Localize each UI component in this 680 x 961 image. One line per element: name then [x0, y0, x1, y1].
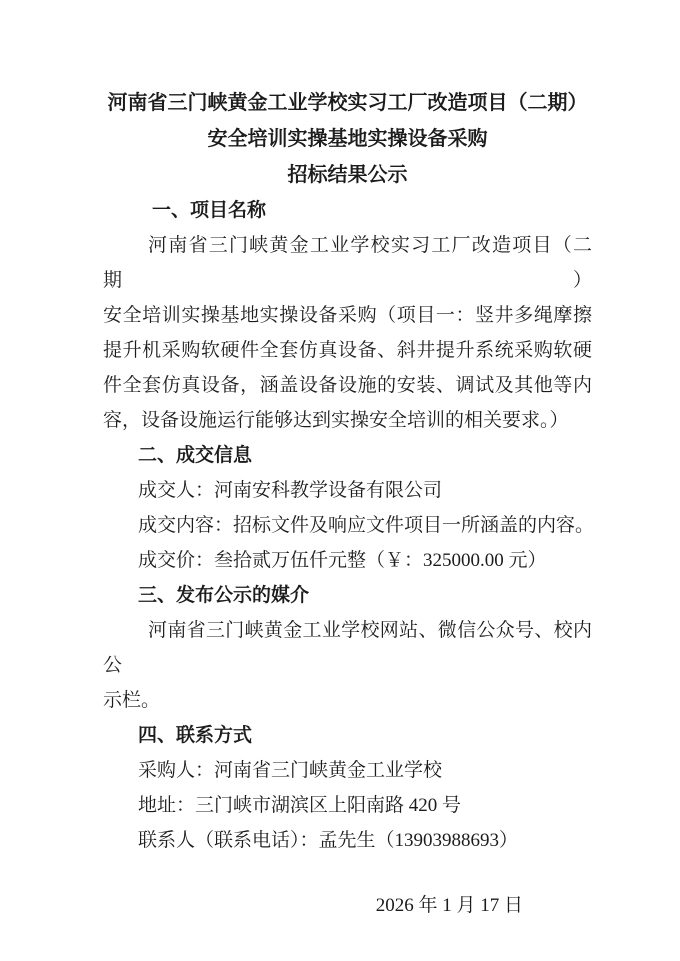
- document-title: 河南省三门峡黄金工业学校实习工厂改造项目（二期） 安全培训实操基地实操设备采购 …: [103, 85, 592, 193]
- purchaser-line: 采购人：河南省三门峡黄金工业学校: [103, 753, 592, 788]
- section-3-heading: 三、发布公示的媒介: [103, 578, 592, 613]
- publish-date: 2026 年 1 月 17 日: [103, 888, 592, 923]
- publicity-media-paragraph: 河南省三门峡黄金工业学校网站、微信公众号、校内公 示栏。: [103, 613, 592, 718]
- section-1-heading: 一、项目名称: [103, 193, 592, 228]
- section-publicity-media: 三、发布公示的媒介 河南省三门峡黄金工业学校网站、微信公众号、校内公 示栏。: [103, 578, 592, 718]
- deal-content-line: 成交内容：招标文件及响应文件项目一所涵盖的内容。: [103, 508, 592, 543]
- section-deal-info: 二、成交信息 成交人：河南安科教学设备有限公司 成交内容：招标文件及响应文件项目…: [103, 438, 592, 578]
- section-4-heading: 四、联系方式: [103, 718, 592, 753]
- section-project-name: 一、项目名称 河南省三门峡黄金工业学校实习工厂改造项目（二期） 安全培训实操基地…: [103, 193, 592, 438]
- paragraph-line: 河南省三门峡黄金工业学校实习工厂改造项目（二期）: [103, 228, 592, 298]
- paragraph-line: 示栏。: [103, 683, 592, 718]
- paragraph-line: 安全培训实操基地实操设备采购（项目一：竖井多绳摩擦: [103, 298, 592, 333]
- address-line: 地址：三门峡市湖滨区上阳南路 420 号: [103, 788, 592, 823]
- document-page: 河南省三门峡黄金工业学校实习工厂改造项目（二期） 安全培训实操基地实操设备采购 …: [0, 0, 680, 961]
- title-line-2: 安全培训实操基地实操设备采购: [103, 121, 592, 157]
- paragraph-line: 件全套仿真设备，涵盖设备设施的安装、调试及其他等内: [103, 368, 592, 403]
- title-line-1: 河南省三门峡黄金工业学校实习工厂改造项目（二期）: [103, 85, 592, 121]
- paragraph-line: 容，设备设施运行能够达到实操安全培训的相关要求。）: [103, 403, 592, 438]
- paragraph-line: 提升机采购软硬件全套仿真设备、斜井提升系统采购软硬: [103, 333, 592, 368]
- deal-price-line: 成交价：叁拾贰万伍仟元整（￥：325000.00 元）: [103, 543, 592, 578]
- project-name-paragraph: 河南省三门峡黄金工业学校实习工厂改造项目（二期） 安全培训实操基地实操设备采购（…: [103, 228, 592, 438]
- title-line-3: 招标结果公示: [103, 157, 592, 193]
- deal-winner-line: 成交人：河南安科教学设备有限公司: [103, 473, 592, 508]
- contact-person-line: 联系人（联系电话）：孟先生（13903988693）: [103, 823, 592, 858]
- section-2-heading: 二、成交信息: [103, 438, 592, 473]
- section-contact-info: 四、联系方式 采购人：河南省三门峡黄金工业学校 地址：三门峡市湖滨区上阳南路 4…: [103, 718, 592, 858]
- paragraph-line: 河南省三门峡黄金工业学校网站、微信公众号、校内公: [103, 613, 592, 683]
